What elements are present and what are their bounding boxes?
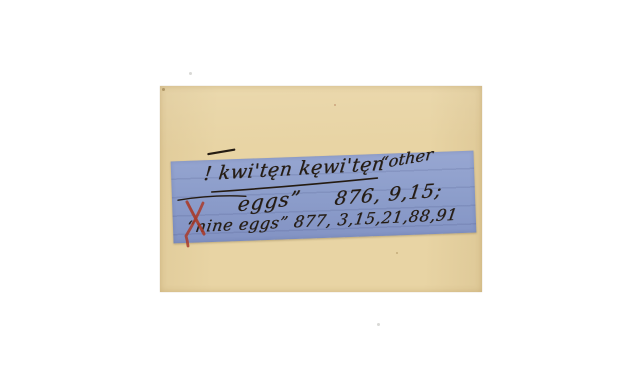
paper-fleck <box>162 88 165 91</box>
dust-speck <box>377 323 380 326</box>
handwritten-gloss-eggs: eggs” <box>237 188 303 215</box>
red-x-mark <box>180 196 210 250</box>
blue-note-slip: ! kwi'tęn kęwi'tęn “other eggs” 876, 9,1… <box>171 151 477 244</box>
dust-speck <box>189 72 192 75</box>
scanned-document-page: ! kwi'tęn kęwi'tęn “other eggs” 876, 9,1… <box>0 0 625 384</box>
paper-fleck <box>334 104 336 106</box>
paper-fleck <box>396 252 398 254</box>
